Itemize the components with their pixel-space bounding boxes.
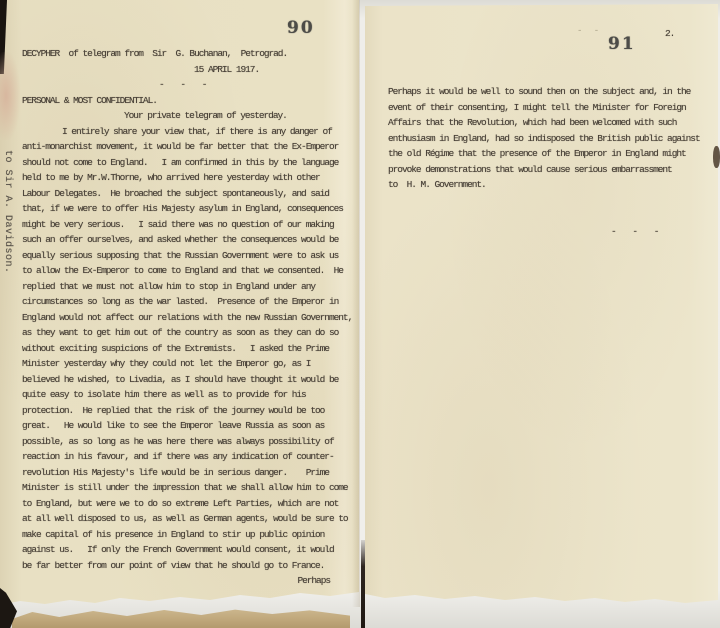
left-page-body: I entirely share your view that, if ther… xyxy=(22,124,358,574)
pencil-mark: - - xyxy=(577,26,602,36)
gutter-shadow xyxy=(352,0,360,607)
folio-stamp-91: 91 xyxy=(608,34,636,54)
margin-annotation: to Sir A. Davidson. xyxy=(2,150,13,274)
right-page-body: Perhaps it would be well to sound then o… xyxy=(388,84,714,193)
typed-line: possible, as so long as he was here ther… xyxy=(22,434,358,450)
typed-line: anti-monarchist movement, it would be fa… xyxy=(22,139,358,155)
right-page-typed-block: Perhaps it would be well to sound then o… xyxy=(388,84,714,193)
typed-line: at all well disposed to us, as well as G… xyxy=(22,511,358,527)
left-page-typed-block: DECYPHER of telegram from Sir G. Buchana… xyxy=(22,46,358,589)
typed-line: to H. M. Government. xyxy=(388,177,714,193)
page-right-folio-91: - - 2. 91 Perhaps it would be well to so… xyxy=(365,4,718,608)
typed-line: enthusiasm in England, had so indisposed… xyxy=(388,131,714,147)
typed-line: such an offer ourselves, and asked wheth… xyxy=(22,232,358,248)
page-edge-smudge xyxy=(713,146,720,168)
classification-line: PERSONAL & MOST CONFIDENTIAL. xyxy=(22,93,358,109)
separator-dashes: - - - xyxy=(22,77,358,93)
typed-line: be far better from our point of view tha… xyxy=(22,558,358,574)
typed-page-number: 2. xyxy=(665,26,674,42)
typed-line: held to me by Mr.W.Thorne, who arrived h… xyxy=(22,170,358,186)
document-scan: 90 DECYPHER of telegram from Sir G. Buch… xyxy=(0,0,720,628)
typed-line: Minister yesterday why they could not le… xyxy=(22,356,358,372)
typed-line: make capital of his presence in England … xyxy=(22,527,358,543)
typed-line: great. He would like to see the Emperor … xyxy=(22,418,358,434)
page-left-folio-90: 90 DECYPHER of telegram from Sir G. Buch… xyxy=(0,0,359,607)
typed-line: the old Régime that the presence of the … xyxy=(388,146,714,162)
typed-line: without exciting suspicions of the Extre… xyxy=(22,341,358,357)
typed-line: believed he wished, to Livadia, as I sho… xyxy=(22,372,358,388)
typed-line: I entirely share your view that, if ther… xyxy=(22,124,358,140)
typed-line: Perhaps it would be well to sound then o… xyxy=(388,84,714,100)
typed-line: that, if we were to offer His Majesty as… xyxy=(22,201,358,217)
typed-line: should not come to England. I am confirm… xyxy=(22,155,358,171)
typed-line: Minister is still under the impression t… xyxy=(22,480,358,496)
closing-dashes: - - - xyxy=(611,224,665,240)
typed-line: event of their consenting, I might tell … xyxy=(388,100,714,116)
under-page-deckle-edge xyxy=(12,608,350,628)
typed-line: replied that we must not allow him to st… xyxy=(22,279,358,295)
catchword: Perhaps xyxy=(22,573,358,589)
typed-line: revolution His Majesty's life would be i… xyxy=(22,465,358,481)
typed-line: provoke demonstrations that would cause … xyxy=(388,162,714,178)
decypher-heading: DECYPHER of telegram from Sir G. Buchana… xyxy=(22,46,358,62)
typed-line: reaction in his favour, and if there was… xyxy=(22,449,358,465)
typed-line: as they want to get him out of the count… xyxy=(22,325,358,341)
date-line: 15 APRIL 1917. xyxy=(22,62,358,78)
salutation-line: Your private telegram of yesterday. xyxy=(22,108,358,124)
typed-line: England would not affect our relations w… xyxy=(22,310,358,326)
typed-line: to allow the Ex-Emperor to come to Engla… xyxy=(22,263,358,279)
typed-line: protection. He replied that the risk of … xyxy=(22,403,358,419)
typed-line: against us. If only the French Governmen… xyxy=(22,542,358,558)
typed-line: to England, but were we to do so extreme… xyxy=(22,496,358,512)
binding-shadow-line xyxy=(361,540,365,628)
torn-edge-repair-patch xyxy=(0,52,20,140)
typed-line: quite easy to isolate him there as well … xyxy=(22,387,358,403)
typed-line: circumstances so long as the war lasted.… xyxy=(22,294,358,310)
typed-line: might be very serious. I said there was … xyxy=(22,217,358,233)
typed-line: Affairs that the Revolution, which had b… xyxy=(388,115,714,131)
folio-stamp-90: 90 xyxy=(287,18,315,38)
typed-line: equally serious supposing that the Russi… xyxy=(22,248,358,264)
typed-line: Labour Delegates. He broached the subjec… xyxy=(22,186,358,202)
